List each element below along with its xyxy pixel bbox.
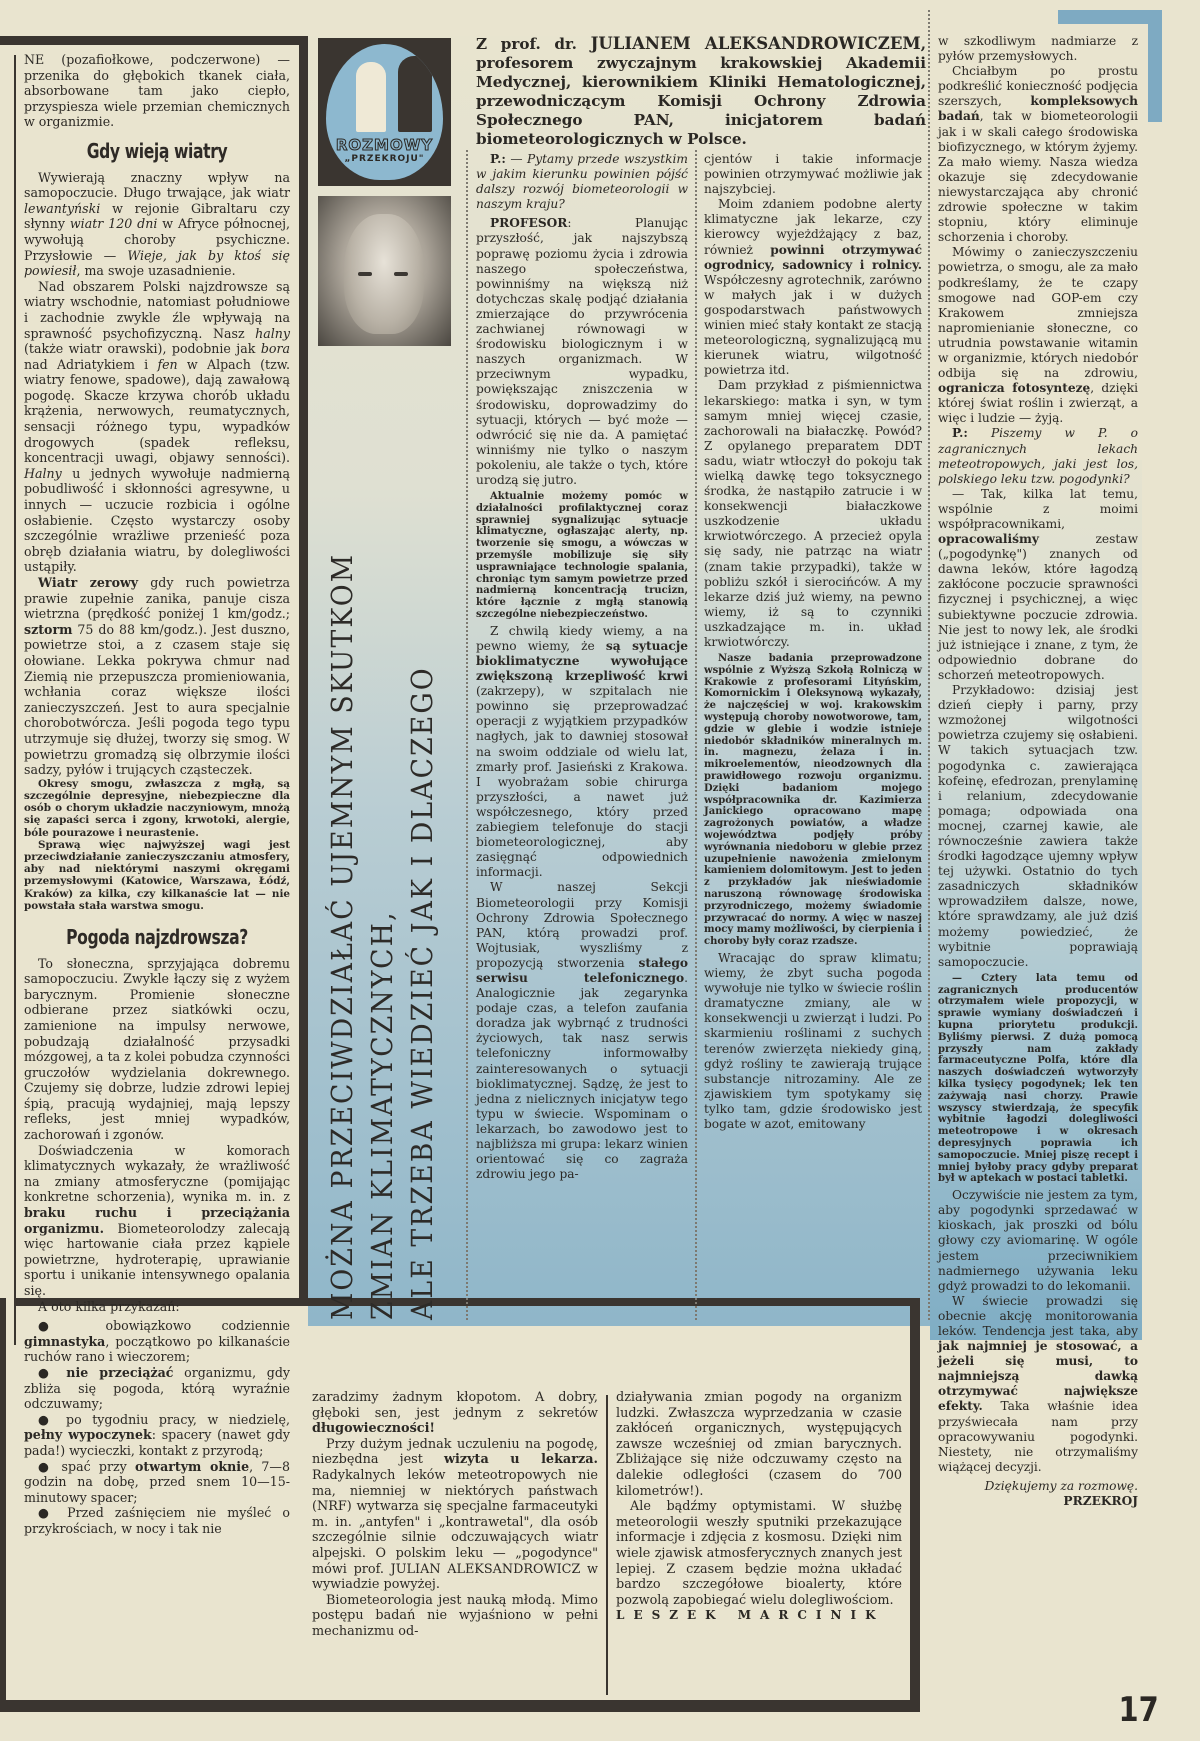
bottom-paragraph: działywania zmian pogody na organizm lud…: [616, 1390, 902, 1499]
logo-title: ROZMOWY: [326, 136, 443, 154]
page-number: 17: [1119, 1690, 1159, 1730]
headline-line-3: ALE TRZEBA WIEDZIEĆ JAK I DLACZEGO: [402, 437, 442, 1320]
interview-small-print-3: — Cztery lata temu od zagranicznych prod…: [938, 973, 1138, 1185]
column-divider: [695, 150, 697, 1320]
winds-paragraph-1: Wywierają znaczny wpływ na samopoczucie.…: [24, 170, 290, 279]
winds-paragraph-2: Nad obszarem Polski najzdrowsze są wiatr…: [24, 279, 290, 575]
bottom-paragraph: Ale bądźmy optymistami. W służbę meteoro…: [616, 1499, 902, 1608]
blue-corner-bracket-h: [1058, 10, 1162, 24]
sidebar-article: NE (pozafiołkowe, podczerwone) — przenik…: [24, 52, 290, 1537]
logo-oval: ROZMOWY „PRZEKROJU": [326, 44, 443, 180]
interview-paragraph: Wracając do spraw klimatu; wiemy, że zby…: [704, 951, 922, 1132]
bullet-item: ● obowiązkowo codziennie gimnastyka, poc…: [24, 1318, 290, 1365]
column-divider: [466, 150, 468, 1320]
interview-paragraph: W naszej Sekcji Biometeorologii przy Kom…: [476, 880, 688, 1182]
thanks-line: Dziękujemy za rozmowę.: [938, 1479, 1138, 1494]
interview-column-1: P.: — Pytamy przede wszystkim w jakim ki…: [476, 152, 688, 1182]
sidebar-left-rule: [14, 55, 16, 1345]
headline-line-2: ZMIAN KLIMATYCZNYCH,: [362, 437, 402, 1320]
section-heading-winds: Gdy wieją wiatry: [53, 144, 260, 160]
professor-portrait-photo: [318, 196, 451, 346]
weather-paragraph-1: To słoneczna, sprzyjająca dobremu samopo…: [24, 956, 290, 1143]
bottom-paragraph: zaradzimy żadnym kłopotom. A dobry, głęb…: [312, 1390, 598, 1437]
interview-paragraph: cjentów i takie informacje powinien otrz…: [704, 152, 922, 197]
bottom-paragraph: Biometeorologia jest nauką młodą. Mimo p…: [312, 1593, 598, 1640]
interview-paragraph: Chciałbym po prostu podkreślić konieczno…: [938, 64, 1138, 245]
sidebar-box-top-rule: [0, 36, 308, 45]
eye: [394, 272, 408, 276]
winds-paragraph-3: Wiatr zerowy gdy ruch powietrza prawie z…: [24, 575, 290, 778]
interview-small-print-2: Nasze badania przeprowadzone wspólnie z …: [704, 653, 922, 948]
rozmowy-przekroju-logo: ROZMOWY „PRZEKROJU": [318, 38, 451, 186]
interview-lead: Z prof. dr. JULIANEM ALEKSANDROWICZEM, p…: [476, 34, 926, 149]
interview-paragraph: Oczywiście nie jestem za tym, aby pogody…: [938, 1188, 1138, 1294]
sidebar-intro: NE (pozafiołkowe, podczerwone) — przenik…: [24, 52, 290, 130]
question-2: P.: Piszemy w P. o zagranicznych lekach …: [938, 426, 1138, 486]
bullet-item: ● po tygodniu pracy, w niedzielę, pełny …: [24, 1412, 290, 1459]
logo-subtitle: „PRZEKROJU": [326, 154, 443, 164]
interview-column-3: w szkodliwym nadmiarze z pyłów przemysło…: [938, 34, 1138, 1509]
portrait-face: [344, 214, 424, 334]
commandments-intro: A oto kilka przykazań:: [24, 1299, 290, 1315]
bullet-item: ● Przed zaśnięciem nie myśleć o przykroś…: [24, 1505, 290, 1536]
interview-paragraph: Moim zdaniem podobne alerty klimatyczne …: [704, 197, 922, 378]
column-divider: [928, 10, 930, 1320]
interview-paragraph: Dam przykład z piśmiennictwa lekarskiego…: [704, 378, 922, 650]
interview-paragraph: Z chwilą kiedy wiemy, a na pewno wiemy, …: [476, 624, 688, 881]
sidebar-box-right-rule: [299, 36, 308, 1298]
bottom-box-column-2: działywania zmian pogody na organizm lud…: [616, 1390, 902, 1624]
eye: [358, 272, 372, 276]
figure-silhouette-icon: [398, 56, 432, 132]
vertical-headline: MOŻNA PRZECIWDZIAŁAĆ UJEMNYM SKUTKOM ZMI…: [322, 437, 452, 1320]
interview-paragraph: Przykładowo: dzisiaj jest dzień ciepły i…: [938, 683, 1138, 970]
interview-column-2: cjentów i takie informacje powinien otrz…: [704, 152, 922, 1132]
headline-line-1: MOŻNA PRZECIWDZIAŁAĆ UJEMNYM SKUTKOM: [322, 437, 362, 1320]
author-byline: LESZEK MARCINIK: [616, 1608, 902, 1624]
weather-paragraph-2: Doświadczenia w komorach klimatycznych w…: [24, 1143, 290, 1299]
bottom-column-divider: [606, 1395, 608, 1695]
bottom-paragraph: Przy dużym jednak uczuleniu na pogodę, n…: [312, 1437, 598, 1593]
bullet-item: ● spać przy otwartym oknie, 7—8 godzin n…: [24, 1459, 290, 1506]
blue-corner-bracket-v: [1148, 10, 1162, 122]
winds-small-print: Okresy smogu, zwłaszcza z mgłą, są szcze…: [24, 778, 290, 912]
interview-small-print-1: Aktualnie możemy pomóc w działalności pr…: [476, 491, 688, 621]
signature: PRZEKROJ: [938, 1494, 1138, 1509]
bottom-box-bottom-rule: [0, 1700, 920, 1712]
bottom-box-column-1: zaradzimy żadnym kłopotom. A dobry, głęb…: [312, 1390, 598, 1640]
bottom-box-right-rule: [910, 1298, 920, 1712]
interview-paragraph: — Tak, kilka lat temu, wspólnie z moimi …: [938, 487, 1138, 683]
answer-1: PROFESOR: Planując przyszłość, jak najsz…: [476, 216, 688, 488]
bullet-item: ● nie przeciążać organizmu, gdy zbliża s…: [24, 1365, 290, 1412]
interview-paragraph: w szkodliwym nadmiarze z pyłów przemysło…: [938, 34, 1138, 64]
interview-paragraph: W świecie prowadzi się obecnie akcję mon…: [938, 1294, 1138, 1475]
bottom-box-left-rule: [0, 1298, 6, 1712]
interview-paragraph: Mówimy o zanieczyszczeniu powietrza, o s…: [938, 245, 1138, 426]
section-heading-healthiest-weather: Pogoda najzdrowsza?: [53, 930, 260, 946]
figure-silhouette-icon: [356, 62, 386, 132]
question-1: P.: — Pytamy przede wszystkim w jakim ki…: [476, 152, 688, 212]
